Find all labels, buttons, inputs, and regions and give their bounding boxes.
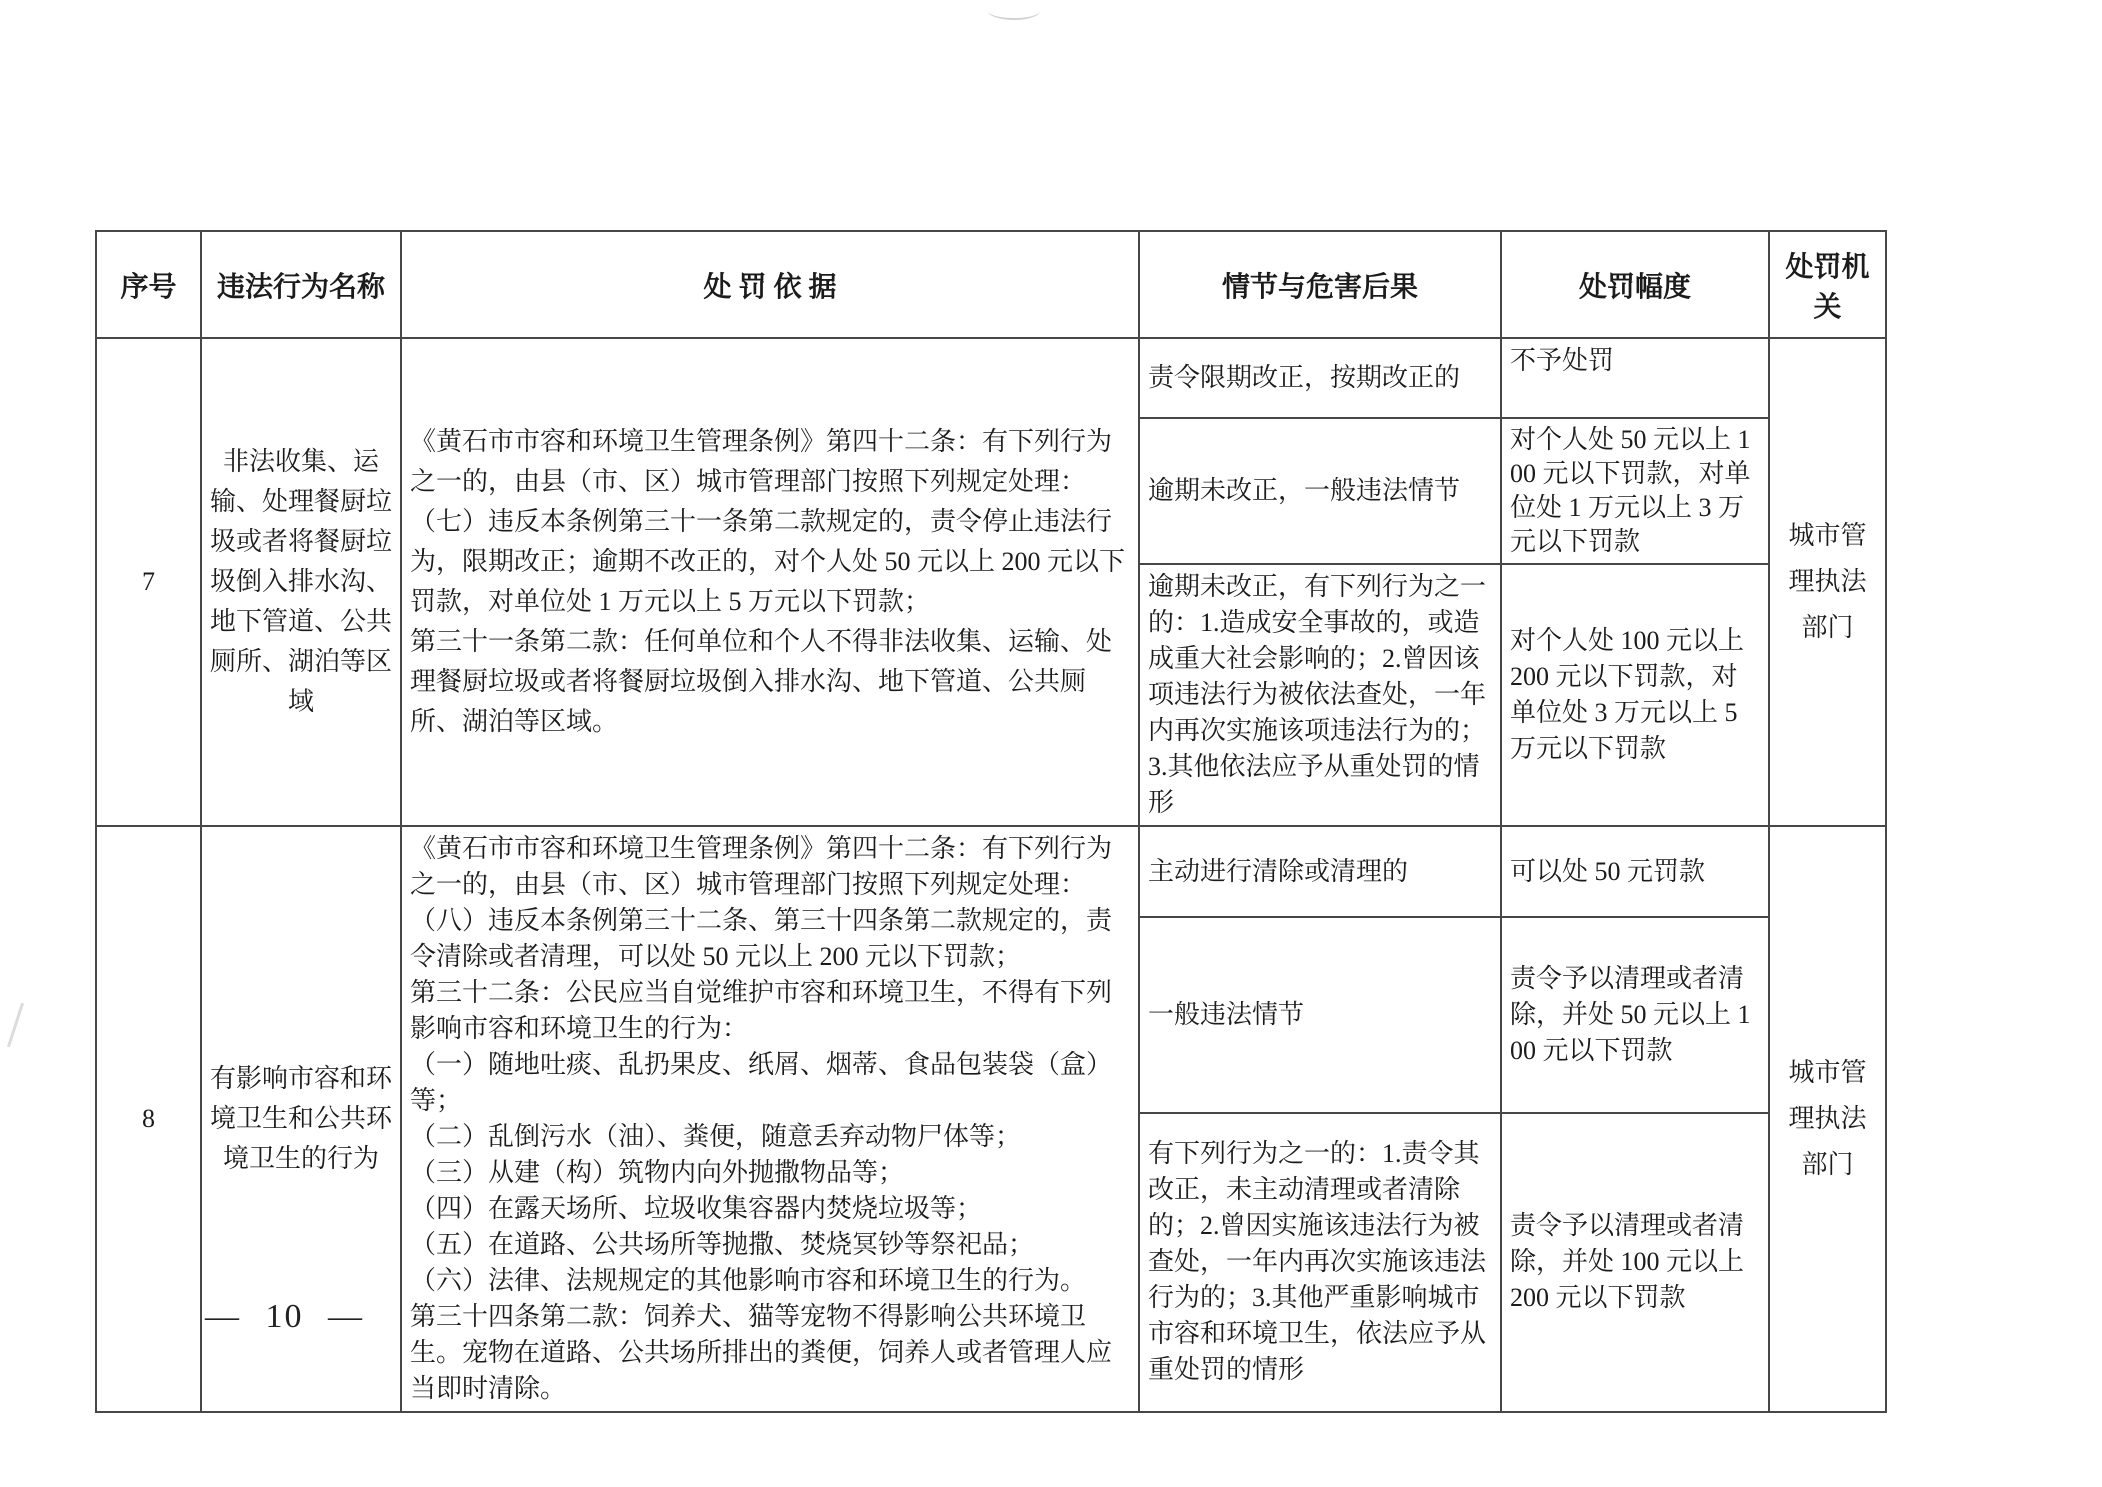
- table-header-row: 序号 违法行为名称 处 罚 依 据 情节与危害后果 处罚幅度 处罚机关: [96, 231, 1886, 338]
- scan-artifact-line: [7, 1003, 24, 1048]
- cell-circumstance-7-1: 责令限期改正，按期改正的: [1139, 338, 1501, 418]
- cell-circumstance-8-1: 主动进行清除或清理的: [1139, 826, 1501, 917]
- table-row-8-sub-1: 8 有影响市容和环境卫生和公共环境卫生的行为 《黄石市市容和环境卫生管理条例》第…: [96, 826, 1886, 917]
- cell-authority-8: 城市管理执法部门: [1769, 826, 1886, 1412]
- cell-range-8-2: 责令予以清理或者清除，并处 50 元以上 100 元以下罚款: [1501, 917, 1769, 1112]
- cell-seq-8: 8: [96, 826, 201, 1412]
- cell-circumstance-7-3: 逾期未改正，有下列行为之一的：1.造成安全事故的，或造成重大社会影响的；2.曾因…: [1139, 564, 1501, 826]
- column-header-range: 处罚幅度: [1501, 231, 1769, 338]
- scan-artifact-mark: [988, 2, 1040, 20]
- column-header-authority: 处罚机关: [1769, 231, 1886, 338]
- cell-circumstance-8-2: 一般违法情节: [1139, 917, 1501, 1112]
- document-page: 序号 违法行为名称 处 罚 依 据 情节与危害后果 处罚幅度 处罚机关 7 非法…: [0, 0, 2102, 1487]
- cell-authority-7: 城市管理执法部门: [1769, 338, 1886, 826]
- column-header-violation: 违法行为名称: [201, 231, 401, 338]
- cell-range-7-2: 对个人处 50 元以上 100 元以下罚款，对单位处 1 万元以上 3 万元以下…: [1501, 418, 1769, 564]
- cell-range-7-3: 对个人处 100 元以上 200 元以下罚款，对单位处 3 万元以上 5 万元以…: [1501, 564, 1769, 826]
- cell-range-8-3: 责令予以清理或者清除，并处 100 元以上 200 元以下罚款: [1501, 1113, 1769, 1412]
- cell-violation-7: 非法收集、运输、处理餐厨垃圾或者将餐厨垃圾倒入排水沟、地下管道、公共厕所、湖泊等…: [201, 338, 401, 826]
- column-header-basis: 处 罚 依 据: [401, 231, 1139, 338]
- cell-circumstance-8-3: 有下列行为之一的：1.责令其改正，未主动清理或者清除的；2.曾因实施该违法行为被…: [1139, 1113, 1501, 1412]
- table-row-7-sub-1: 7 非法收集、运输、处理餐厨垃圾或者将餐厨垃圾倒入排水沟、地下管道、公共厕所、湖…: [96, 338, 1886, 418]
- cell-range-7-1: 不予处罚: [1501, 338, 1769, 418]
- cell-basis-8: 《黄石市市容和环境卫生管理条例》第四十二条：有下列行为之一的，由县（市、区）城市…: [401, 826, 1139, 1412]
- column-header-circumstance: 情节与危害后果: [1139, 231, 1501, 338]
- cell-circumstance-7-2: 逾期未改正，一般违法情节: [1139, 418, 1501, 564]
- cell-seq-7: 7: [96, 338, 201, 826]
- page-number: — 10 —: [205, 1298, 364, 1336]
- penalty-table: 序号 违法行为名称 处 罚 依 据 情节与危害后果 处罚幅度 处罚机关 7 非法…: [95, 230, 1887, 1413]
- column-header-seq: 序号: [96, 231, 201, 338]
- cell-range-8-1: 可以处 50 元罚款: [1501, 826, 1769, 917]
- cell-basis-7: 《黄石市市容和环境卫生管理条例》第四十二条：有下列行为之一的，由县（市、区）城市…: [401, 338, 1139, 826]
